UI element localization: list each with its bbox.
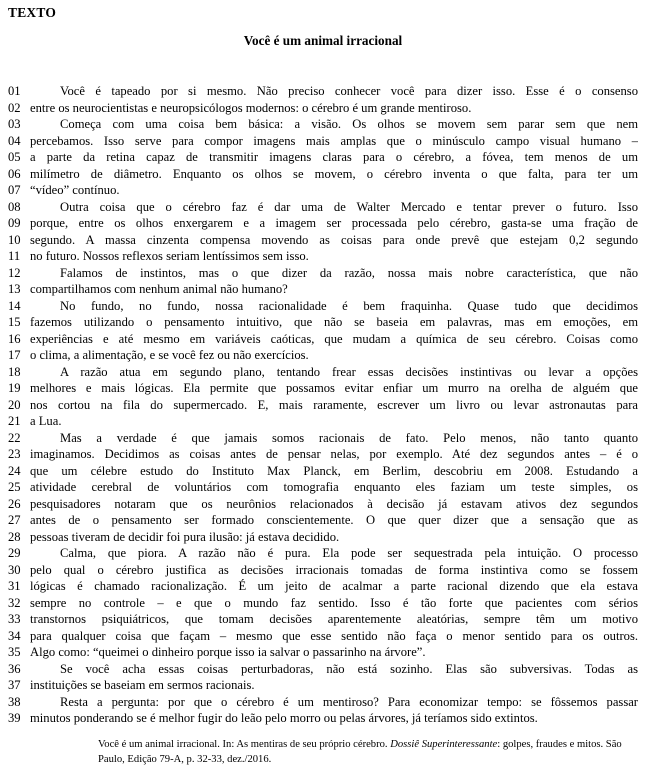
document-page: TEXTO Você é um animal irracional 01 Voc… <box>0 0 646 771</box>
line-text: imaginamos. Decidimos as coisas antes de… <box>30 446 638 463</box>
line-text: No fundo, no fundo, nossa racionalidade … <box>30 298 638 315</box>
text-line: 08 Outra coisa que o cérebro faz é dar u… <box>0 199 646 216</box>
line-text: fazemos utilizando o pensamento intuitiv… <box>30 314 638 331</box>
page-title: Você é um animal irracional <box>0 32 646 49</box>
line-number: 38 <box>0 694 30 711</box>
text-line: 17 o clima, a alimentação, e se você fez… <box>0 347 646 364</box>
text-line: 15 fazemos utilizando o pensamento intui… <box>0 314 646 331</box>
text-line: 25 atividade cerebral de voluntários com… <box>0 479 646 496</box>
line-text: Começa com uma coisa bem básica: a visão… <box>30 116 638 133</box>
line-number: 11 <box>0 248 30 265</box>
citation-text: Você é um animal irracional. In: As ment… <box>98 739 390 750</box>
line-text: sempre no controle – e que o mundo faz s… <box>30 595 638 612</box>
line-text: lógicas é chamado racionalização. É um j… <box>30 578 638 595</box>
citation: Você é um animal irracional. In: As ment… <box>98 737 637 767</box>
text-line: 02 entre os neurocientistas e neuropsicó… <box>0 100 646 117</box>
line-text: Se você acha essas coisas perturbadoras,… <box>30 661 638 678</box>
text-line: 10 segundo. A massa cinzenta compensa mo… <box>0 232 646 249</box>
line-number: 07 <box>0 182 30 199</box>
text-line: 19 melhores e mais lógicas. Ela permite … <box>0 380 646 397</box>
line-text: pessoas tiveram de decidir foi pura ilus… <box>30 529 638 546</box>
line-number: 08 <box>0 199 30 216</box>
section-label: TEXTO <box>0 4 646 21</box>
text-line: 12 Falamos de instintos, mas o que dizer… <box>0 265 646 282</box>
line-text: a parte da retina capaz de transmitir im… <box>30 149 638 166</box>
text-line: 07 “vídeo” contínuo. <box>0 182 646 199</box>
line-text: milímetro de diâmetro. Enquanto os olhos… <box>30 166 638 183</box>
line-number: 35 <box>0 644 30 661</box>
line-number: 25 <box>0 479 30 496</box>
line-text: atividade cerebral de voluntários com to… <box>30 479 638 496</box>
line-text: compartilhamos com nenhum animal não hum… <box>30 281 638 298</box>
text-line: 18 A razão atua em segundo plano, tentan… <box>0 364 646 381</box>
line-number: 31 <box>0 578 30 595</box>
text-line: 33 transtornos psiquiátricos, que tomam … <box>0 611 646 628</box>
line-number: 22 <box>0 430 30 447</box>
line-text: no futuro. Nossos reflexos seriam lentís… <box>30 248 638 265</box>
text-line: 39 minutos ponderando se é melhor fugir … <box>0 710 646 727</box>
text-line: 27 antes de o pensamento ser formado con… <box>0 512 646 529</box>
line-number: 36 <box>0 661 30 678</box>
line-text: transtornos psiquiátricos, que tomam dec… <box>30 611 638 628</box>
line-text: pesquisadores notaram que os neurônios r… <box>30 496 638 513</box>
line-text: pelo qual o cérebro justifica as decisõe… <box>30 562 638 579</box>
line-number: 39 <box>0 710 30 727</box>
text-line: 01 Você é tapeado por si mesmo. Não prec… <box>0 83 646 100</box>
text-line: 13 compartilhamos com nenhum animal não … <box>0 281 646 298</box>
line-text: Resta a pergunta: por que o cérebro é um… <box>30 694 638 711</box>
line-number: 26 <box>0 496 30 513</box>
text-line: 28 pessoas tiveram de decidir foi pura i… <box>0 529 646 546</box>
line-number: 05 <box>0 149 30 166</box>
text-line: 36 Se você acha essas coisas perturbador… <box>0 661 646 678</box>
line-text: minutos ponderando se é melhor fugir do … <box>30 710 638 727</box>
line-number: 12 <box>0 265 30 282</box>
text-line: 20 nos cortou na fila do supermercado. E… <box>0 397 646 414</box>
text-line: 09 porque, entre os olhos enxergarem e a… <box>0 215 646 232</box>
line-text: Algo como: “queimei o dinheiro porque is… <box>30 644 638 661</box>
line-text: segundo. A massa cinzenta compensa moven… <box>30 232 638 249</box>
line-text: porque, entre os olhos enxergarem e a im… <box>30 215 638 232</box>
line-number: 19 <box>0 380 30 397</box>
text-line: 05 a parte da retina capaz de transmitir… <box>0 149 646 166</box>
text-line: 24 que um célebre estudo do Instituto Ma… <box>0 463 646 480</box>
text-line: 23 imaginamos. Decidimos as coisas antes… <box>0 446 646 463</box>
text-line: 21 a Lua. <box>0 413 646 430</box>
line-text: melhores e mais lógicas. Ela permite que… <box>30 380 638 397</box>
text-line: 35 Algo como: “queimei o dinheiro porque… <box>0 644 646 661</box>
line-text: que um célebre estudo do Instituto Max P… <box>30 463 638 480</box>
text-line: 16 experiências e até mesmo em variáveis… <box>0 331 646 348</box>
text-line: 37 instituições se baseiam em sermos rac… <box>0 677 646 694</box>
citation-source-italic: Dossiê Superinteressante <box>390 739 497 750</box>
line-number: 34 <box>0 628 30 645</box>
line-text: para qualquer coisa que façam – mesmo qu… <box>30 628 638 645</box>
line-text: a Lua. <box>30 413 638 430</box>
line-number: 17 <box>0 347 30 364</box>
line-number: 37 <box>0 677 30 694</box>
line-number: 13 <box>0 281 30 298</box>
line-number: 02 <box>0 100 30 117</box>
line-text: nos cortou na fila do supermercado. E, m… <box>30 397 638 414</box>
text-line: 06 milímetro de diâmetro. Enquanto os ol… <box>0 166 646 183</box>
line-number: 24 <box>0 463 30 480</box>
line-number: 20 <box>0 397 30 414</box>
line-text: experiências e até mesmo em variáveis ca… <box>30 331 638 348</box>
line-number: 32 <box>0 595 30 612</box>
text-line: 14 No fundo, no fundo, nossa racionalida… <box>0 298 646 315</box>
text-line: 03 Começa com uma coisa bem básica: a vi… <box>0 116 646 133</box>
line-text: entre os neurocientistas e neuropsicólog… <box>30 100 638 117</box>
line-number: 01 <box>0 83 30 100</box>
text-line: 31 lógicas é chamado racionalização. É u… <box>0 578 646 595</box>
line-number: 33 <box>0 611 30 628</box>
line-number: 09 <box>0 215 30 232</box>
line-text: antes de o pensamento ser formado consci… <box>30 512 638 529</box>
line-text: Mas a verdade é que jamais somos raciona… <box>30 430 638 447</box>
line-number: 29 <box>0 545 30 562</box>
text-line: 34 para qualquer coisa que façam – mesmo… <box>0 628 646 645</box>
text-line: 04 percebamos. Isso serve para compor im… <box>0 133 646 150</box>
line-text: instituições se baseiam em sermos racion… <box>30 677 638 694</box>
line-number: 06 <box>0 166 30 183</box>
text-line: 32 sempre no controle – e que o mundo fa… <box>0 595 646 612</box>
line-text: Calma, que piora. A razão não é pura. El… <box>30 545 638 562</box>
line-number: 15 <box>0 314 30 331</box>
line-number: 23 <box>0 446 30 463</box>
line-text: A razão atua em segundo plano, tentando … <box>30 364 638 381</box>
line-number: 27 <box>0 512 30 529</box>
line-number: 30 <box>0 562 30 579</box>
line-text: Outra coisa que o cérebro faz é dar uma … <box>30 199 638 216</box>
line-text: percebamos. Isso serve para compor image… <box>30 133 638 150</box>
text-line: 22 Mas a verdade é que jamais somos raci… <box>0 430 646 447</box>
line-text: o clima, a alimentação, e se você fez ou… <box>30 347 638 364</box>
line-number: 18 <box>0 364 30 381</box>
line-number: 03 <box>0 116 30 133</box>
text-line: 26 pesquisadores notaram que os neurônio… <box>0 496 646 513</box>
text-line: 30 pelo qual o cérebro justifica as deci… <box>0 562 646 579</box>
line-text: “vídeo” contínuo. <box>30 182 638 199</box>
line-text: Falamos de instintos, mas o que dizer da… <box>30 265 638 282</box>
text-lines: 01 Você é tapeado por si mesmo. Não prec… <box>0 83 646 727</box>
text-line: 29 Calma, que piora. A razão não é pura.… <box>0 545 646 562</box>
line-number: 28 <box>0 529 30 546</box>
line-number: 10 <box>0 232 30 249</box>
text-line: 38 Resta a pergunta: por que o cérebro é… <box>0 694 646 711</box>
line-text: Você é tapeado por si mesmo. Não preciso… <box>30 83 638 100</box>
line-number: 21 <box>0 413 30 430</box>
line-number: 14 <box>0 298 30 315</box>
line-number: 16 <box>0 331 30 348</box>
text-line: 11 no futuro. Nossos reflexos seriam len… <box>0 248 646 265</box>
line-number: 04 <box>0 133 30 150</box>
